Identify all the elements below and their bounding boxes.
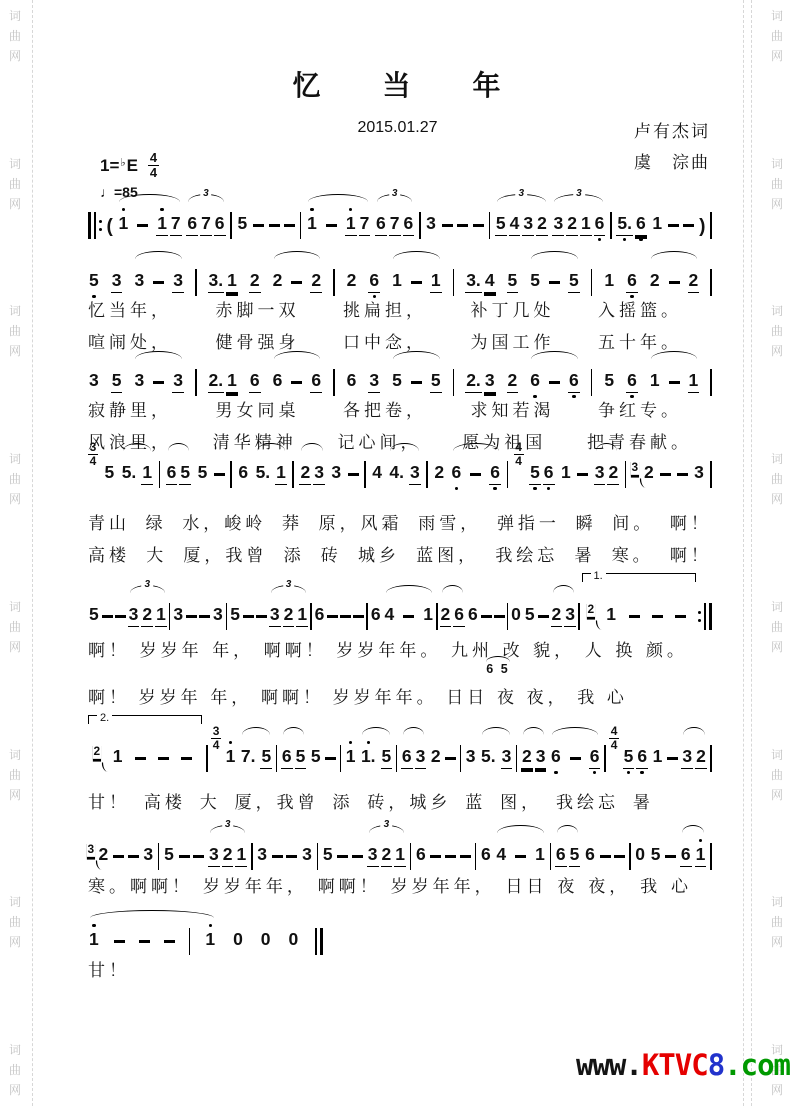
- note: 6: [480, 836, 492, 875]
- slur-arc: [553, 585, 574, 593]
- duration-dash: [337, 855, 348, 858]
- duration-dash: [164, 940, 175, 943]
- note: 6: [451, 454, 463, 493]
- note: 3: [535, 738, 547, 777]
- note-digit: 1: [580, 213, 592, 236]
- note: 6: [636, 738, 648, 777]
- note: 7.: [240, 738, 257, 777]
- note-digit: 3: [133, 370, 145, 393]
- note-digit: 1: [275, 462, 287, 485]
- slur-arc: [301, 443, 322, 451]
- note-digit: 6: [480, 844, 492, 867]
- note: 2: [695, 738, 707, 777]
- note: 1: [204, 921, 216, 960]
- time-signature-change: 44: [514, 442, 524, 467]
- note: 5: [229, 596, 241, 635]
- note-digit: 6: [489, 462, 501, 485]
- duration-dash: [243, 615, 254, 618]
- grace-note: 3: [87, 836, 95, 863]
- barline: [340, 745, 342, 772]
- note: 5: [495, 205, 507, 244]
- note: 1: [605, 596, 617, 635]
- note: 6: [375, 205, 387, 244]
- lyric-segment: 岁岁年: [139, 683, 202, 708]
- barline-stroke: [88, 212, 91, 239]
- note-digit: 6: [568, 370, 580, 393]
- barline: [507, 603, 509, 630]
- note: 3: [172, 596, 184, 635]
- octave-dot-slot: [533, 485, 536, 493]
- music-row: 11000: [88, 906, 328, 960]
- note: 1: [141, 454, 153, 493]
- time-signature-change: 34: [88, 442, 98, 467]
- duration-dash: [113, 855, 124, 858]
- note: 3: [128, 596, 140, 635]
- lyric-segment: 绿: [146, 509, 167, 534]
- duration-dash: [158, 757, 169, 760]
- repeat-start-barline: [88, 212, 102, 239]
- note-digit: 6: [550, 746, 562, 769]
- slur-arc: [90, 910, 214, 918]
- barline: [591, 269, 593, 296]
- note-digit: 3: [552, 213, 564, 236]
- barline: [333, 369, 335, 396]
- note: 1: [225, 738, 237, 777]
- barline: [710, 212, 712, 239]
- lyric-segment: 年，: [210, 683, 252, 708]
- note: 5: [103, 454, 115, 493]
- note-digit: 3: [465, 746, 477, 769]
- lyric-row: 寂静里，男女同桌各把卷，求知若渴争红专。: [88, 396, 682, 421]
- note: 1: [235, 836, 247, 875]
- note-digit: 1: [156, 213, 168, 236]
- lyric-segment: 暑: [575, 541, 596, 566]
- note: 4: [495, 836, 507, 875]
- note: 3: [594, 454, 606, 493]
- duration-dash: [153, 281, 164, 284]
- lyric-segment: 甘！: [88, 788, 130, 813]
- note: 6: [370, 596, 382, 635]
- note-digit: 6: [166, 462, 178, 485]
- note-digit: 1: [88, 929, 100, 952]
- note-digit: 3: [367, 844, 379, 867]
- barline-stroke: [709, 603, 712, 630]
- note-digit: 7: [389, 213, 401, 236]
- barline-stroke: [315, 928, 317, 955]
- note: 0: [510, 596, 522, 635]
- duration-dash: [253, 224, 264, 227]
- duration-dash: [667, 757, 678, 760]
- duration-dash: [683, 224, 694, 227]
- rest-digit: 0: [510, 604, 522, 627]
- note-digit: 3: [87, 842, 95, 858]
- note-digit: 1: [652, 746, 664, 769]
- octave-dot-slot: [367, 738, 370, 746]
- note-digit: 6: [453, 604, 465, 627]
- note-digit: 5: [391, 370, 403, 393]
- note: 2: [430, 738, 442, 777]
- octave-up-dot: [699, 839, 702, 842]
- duration-dash: [327, 615, 338, 618]
- note-group: 56: [623, 738, 648, 777]
- octave-dot-slot: [554, 769, 557, 777]
- note-digit: 1: [534, 844, 546, 867]
- note: 5: [381, 738, 393, 777]
- note-group: 23: [521, 726, 546, 777]
- note-digit: 3: [256, 844, 268, 867]
- note-digit: 5: [179, 462, 191, 485]
- note-digit: 2: [283, 604, 295, 627]
- octave-up-dot: [367, 741, 370, 744]
- lyric-segment: 岁岁年年。: [336, 636, 441, 661]
- note-group: 33: [133, 250, 183, 301]
- duration-dash: [102, 615, 113, 618]
- note-digit: 6: [626, 270, 638, 293]
- note-digit: 7: [200, 213, 212, 236]
- note: 1: [155, 596, 167, 635]
- duration-dash: [660, 473, 671, 476]
- note-digit: 1: [306, 213, 318, 236]
- logo-part: www.: [576, 1048, 642, 1082]
- note: 3: [564, 596, 576, 635]
- lyric-segment: 我绘忘: [556, 788, 619, 813]
- lyric-segment: 啊！: [88, 683, 130, 708]
- barline: [410, 843, 412, 870]
- repeat-dots: [99, 212, 102, 239]
- duration-dash: [411, 281, 422, 284]
- note-group: 1.5: [360, 726, 392, 777]
- note-group: 5.6: [616, 205, 646, 244]
- music-row: 3455.165565.123344.32664456132323: [88, 439, 712, 493]
- note: 6: [415, 836, 427, 875]
- octave-dot-slot: [547, 485, 550, 493]
- note-digit: 5: [163, 844, 175, 867]
- note-group: 32: [681, 726, 706, 777]
- note-digit: 1: [226, 370, 238, 393]
- note: 2: [141, 596, 153, 635]
- barline: [251, 843, 253, 870]
- note-digit: 1: [141, 462, 153, 485]
- note-digit: 5: [88, 270, 100, 293]
- note-digit: 6: [214, 213, 226, 236]
- note: 5.: [480, 738, 497, 777]
- note: 6: [550, 738, 562, 777]
- barline: [310, 603, 312, 630]
- note: 2: [222, 836, 234, 875]
- note-digit: 3: [484, 370, 496, 393]
- lyric-segment: 日日: [446, 683, 488, 708]
- note-digit: 3.: [208, 270, 225, 293]
- music-row: 35332.166663552.32665611: [88, 347, 712, 401]
- octave-down-dot: [640, 771, 643, 774]
- octave-down-dot: [593, 771, 596, 774]
- note-digit: 2: [521, 746, 533, 769]
- note-group: 23: [299, 442, 324, 493]
- ts-top: 3: [213, 726, 220, 737]
- duration-dash: [430, 855, 441, 858]
- note-digit: 2: [551, 604, 563, 627]
- note-digit: 6: [401, 746, 413, 769]
- note: 3: [425, 205, 437, 244]
- note-digit: 4: [509, 213, 521, 236]
- note-digit: 2: [607, 462, 619, 485]
- duration-dash: [181, 757, 192, 760]
- music-row: 53333.122226113.45551622: [88, 247, 712, 301]
- lyric-segment: 心: [671, 872, 692, 897]
- duration-dash: [445, 855, 456, 858]
- duration-dash: [269, 224, 280, 227]
- note: 3: [693, 454, 705, 493]
- note-digit: 5: [103, 462, 115, 485]
- slur-arc: [482, 727, 510, 735]
- note: 4: [509, 205, 521, 244]
- lyric-segment: 弹指一: [497, 509, 560, 534]
- duration-dash: [193, 855, 204, 858]
- note-digit: 3.: [465, 270, 482, 293]
- barline: [550, 843, 552, 870]
- note: 3: [552, 205, 564, 244]
- note: 4.: [388, 454, 405, 493]
- octave-dot-slot: [310, 205, 313, 213]
- note-digit: 1: [603, 270, 615, 293]
- triplet-number: 3: [573, 188, 585, 199]
- barline: [436, 603, 438, 630]
- duration-dash: [411, 381, 422, 384]
- barline: [189, 928, 191, 955]
- lyric-segment: 求知若渴: [471, 396, 555, 421]
- note-digit: 2: [440, 604, 452, 627]
- triplet-number: 3: [381, 819, 393, 830]
- lyric-segment: 厦，我曾: [183, 541, 267, 566]
- barline: [396, 745, 398, 772]
- note-group: 61: [680, 824, 706, 875]
- note-digit: 2: [272, 270, 284, 293]
- note-digit: 6: [680, 844, 692, 867]
- barline: [629, 843, 631, 870]
- note-digit: 5: [524, 604, 536, 627]
- note-digit: 6: [403, 213, 415, 236]
- duration-dash: [291, 281, 302, 284]
- duration-dash: [668, 224, 679, 227]
- note: 3: [409, 454, 421, 493]
- lyric-segment: 年，: [212, 636, 254, 661]
- note-digit: 5: [229, 604, 241, 627]
- note-digit: 2.: [465, 370, 482, 393]
- note: 0: [260, 921, 272, 960]
- note-group: 22: [272, 250, 322, 301]
- note: 1: [345, 205, 357, 244]
- note: 3: [208, 836, 220, 875]
- note-group: 65: [555, 824, 580, 875]
- slur-arc: [442, 585, 463, 593]
- duration-dash: [348, 473, 359, 476]
- lyric-row: 甘！: [88, 956, 288, 981]
- lyric-segment: 暑: [633, 788, 654, 813]
- duration-dash: [291, 381, 302, 384]
- note-group: 5.3: [480, 726, 512, 777]
- note: 6: [589, 738, 601, 777]
- note-digit: 3: [208, 844, 220, 867]
- slur-arc: [393, 351, 439, 359]
- note: 1: [560, 454, 572, 493]
- note-digit: 1: [422, 604, 434, 627]
- note-digit: 7: [170, 213, 182, 236]
- lyric-segment: 挑扁担，: [343, 296, 427, 321]
- note: 6: [401, 738, 413, 777]
- slur-arc: [682, 825, 704, 833]
- note-digit: 4: [384, 604, 396, 627]
- barline: [292, 461, 294, 488]
- note-digit: 5: [88, 604, 100, 627]
- slur-arc: [135, 251, 181, 259]
- barline: [453, 369, 455, 396]
- note: 5: [524, 596, 536, 635]
- note: 5.: [255, 454, 272, 493]
- octave-dot-slot: [160, 205, 163, 213]
- note-digit: 3: [522, 213, 534, 236]
- parenthesis: (: [106, 217, 112, 236]
- note: 2: [283, 596, 295, 635]
- note-group: 56: [529, 454, 554, 493]
- note: 1: [275, 454, 287, 493]
- barline: [489, 212, 491, 239]
- note: 4: [371, 454, 383, 493]
- triplet-number: 3: [283, 579, 295, 590]
- note: 6: [467, 596, 479, 635]
- note: 2: [381, 836, 393, 875]
- octave-dot-slot: [639, 236, 642, 244]
- note-digit: 4: [371, 462, 383, 485]
- note: 1: [112, 738, 124, 777]
- note-digit: 5: [568, 270, 580, 293]
- grace-note: 2: [93, 738, 101, 765]
- note: 6: [453, 596, 465, 635]
- note-digit: 3: [330, 462, 342, 485]
- note: 2: [688, 262, 700, 301]
- grace-slur: [639, 478, 645, 488]
- duration-dash: [629, 615, 640, 618]
- note-group: 5.1: [255, 442, 287, 493]
- octave-up-dot: [310, 208, 313, 211]
- lyric-row: 甘！高楼大厦，我曾添砖，城乡蓝图，我绘忘暑: [88, 788, 654, 813]
- note: 1: [580, 205, 592, 244]
- note-digit: 3: [535, 746, 547, 769]
- octave-down-dot: [623, 238, 626, 241]
- barline: [195, 269, 197, 296]
- note-digit: 3: [501, 746, 513, 769]
- barline: [317, 843, 319, 870]
- grace-slur: [96, 860, 102, 870]
- dot: [99, 228, 102, 231]
- note-digit: 3: [212, 604, 224, 627]
- lyric-segment: 貌，: [533, 636, 575, 661]
- duration-dash: [494, 615, 505, 618]
- note-digit: 6: [370, 604, 382, 627]
- barline: [625, 461, 627, 488]
- note-digit: 6: [415, 844, 427, 867]
- note: 2: [551, 596, 563, 635]
- lyric-segment: 寒。: [612, 541, 654, 566]
- duration-dash: [538, 615, 549, 618]
- barline: [230, 212, 232, 239]
- barline: [366, 603, 368, 630]
- note-group: 66: [451, 442, 501, 493]
- note-digit: 1: [688, 370, 700, 393]
- lyric-segment: 大: [146, 541, 167, 566]
- note-digit: 2: [433, 462, 445, 485]
- lyric-segment: 雨雪，: [418, 509, 481, 534]
- duration-dash: [669, 281, 680, 284]
- note-digit: 5.: [480, 746, 497, 769]
- note: 5: [529, 454, 541, 493]
- octave-dot-slot: [627, 769, 630, 777]
- octave-dot-slot: [92, 921, 95, 929]
- note: 6: [584, 836, 596, 875]
- lyric-segment: 岁岁年: [140, 636, 203, 661]
- note-group: 17: [156, 205, 181, 244]
- octave-up-dot: [160, 208, 163, 211]
- ts-bottom: 4: [515, 456, 522, 467]
- duration-dash: [214, 473, 225, 476]
- slur-arc: [274, 351, 320, 359]
- note: 6: [489, 454, 501, 493]
- octave-up-dot: [92, 924, 95, 927]
- note-digit: 5.: [616, 213, 633, 236]
- rest-digit: 0: [288, 929, 300, 952]
- barline: [169, 603, 171, 630]
- duration-dash: [445, 757, 456, 760]
- lyric-segment: 忆当年，: [88, 296, 172, 321]
- note-digit: 5: [495, 213, 507, 236]
- octave-up-dot: [229, 741, 232, 744]
- barline: [710, 745, 712, 772]
- note-digit: 4: [495, 844, 507, 867]
- slur-arc: [531, 251, 577, 259]
- note-digit: 1: [225, 746, 237, 769]
- logo-part: 8: [708, 1048, 724, 1082]
- lyric-segment: 啊啊！: [264, 636, 327, 661]
- duration-dash: [186, 615, 197, 618]
- note-digit: 6: [555, 844, 567, 867]
- note: 1: [651, 205, 663, 244]
- note-group: 55: [529, 250, 579, 301]
- note-digit: 5: [381, 746, 393, 769]
- lyric-segment: 高楼: [144, 788, 186, 813]
- note-group: 4.3: [388, 442, 420, 493]
- note: 3: [367, 836, 379, 875]
- note-digit: 6: [281, 746, 293, 769]
- note-group: 11: [391, 250, 441, 301]
- music-row: (117367651173676335432332165.61): [88, 190, 712, 244]
- triplet-number: 3: [222, 819, 234, 830]
- time-signature-change: 44: [609, 726, 619, 751]
- barline: [610, 212, 612, 239]
- slur-arc: [257, 443, 285, 451]
- note-digit: 3: [564, 604, 576, 627]
- note-group: 55: [391, 350, 441, 401]
- barline: [419, 212, 421, 239]
- barline: [226, 603, 228, 630]
- note-digit: 2.: [208, 370, 225, 393]
- ts-bottom: 4: [213, 740, 220, 751]
- slur-arc: [283, 727, 304, 735]
- slur-arc: [390, 443, 418, 451]
- note-digit: 2: [93, 744, 101, 760]
- barline: [333, 269, 335, 296]
- duration-dash: [457, 224, 468, 227]
- note-digit: 2: [346, 270, 358, 293]
- note: 6: [237, 454, 249, 493]
